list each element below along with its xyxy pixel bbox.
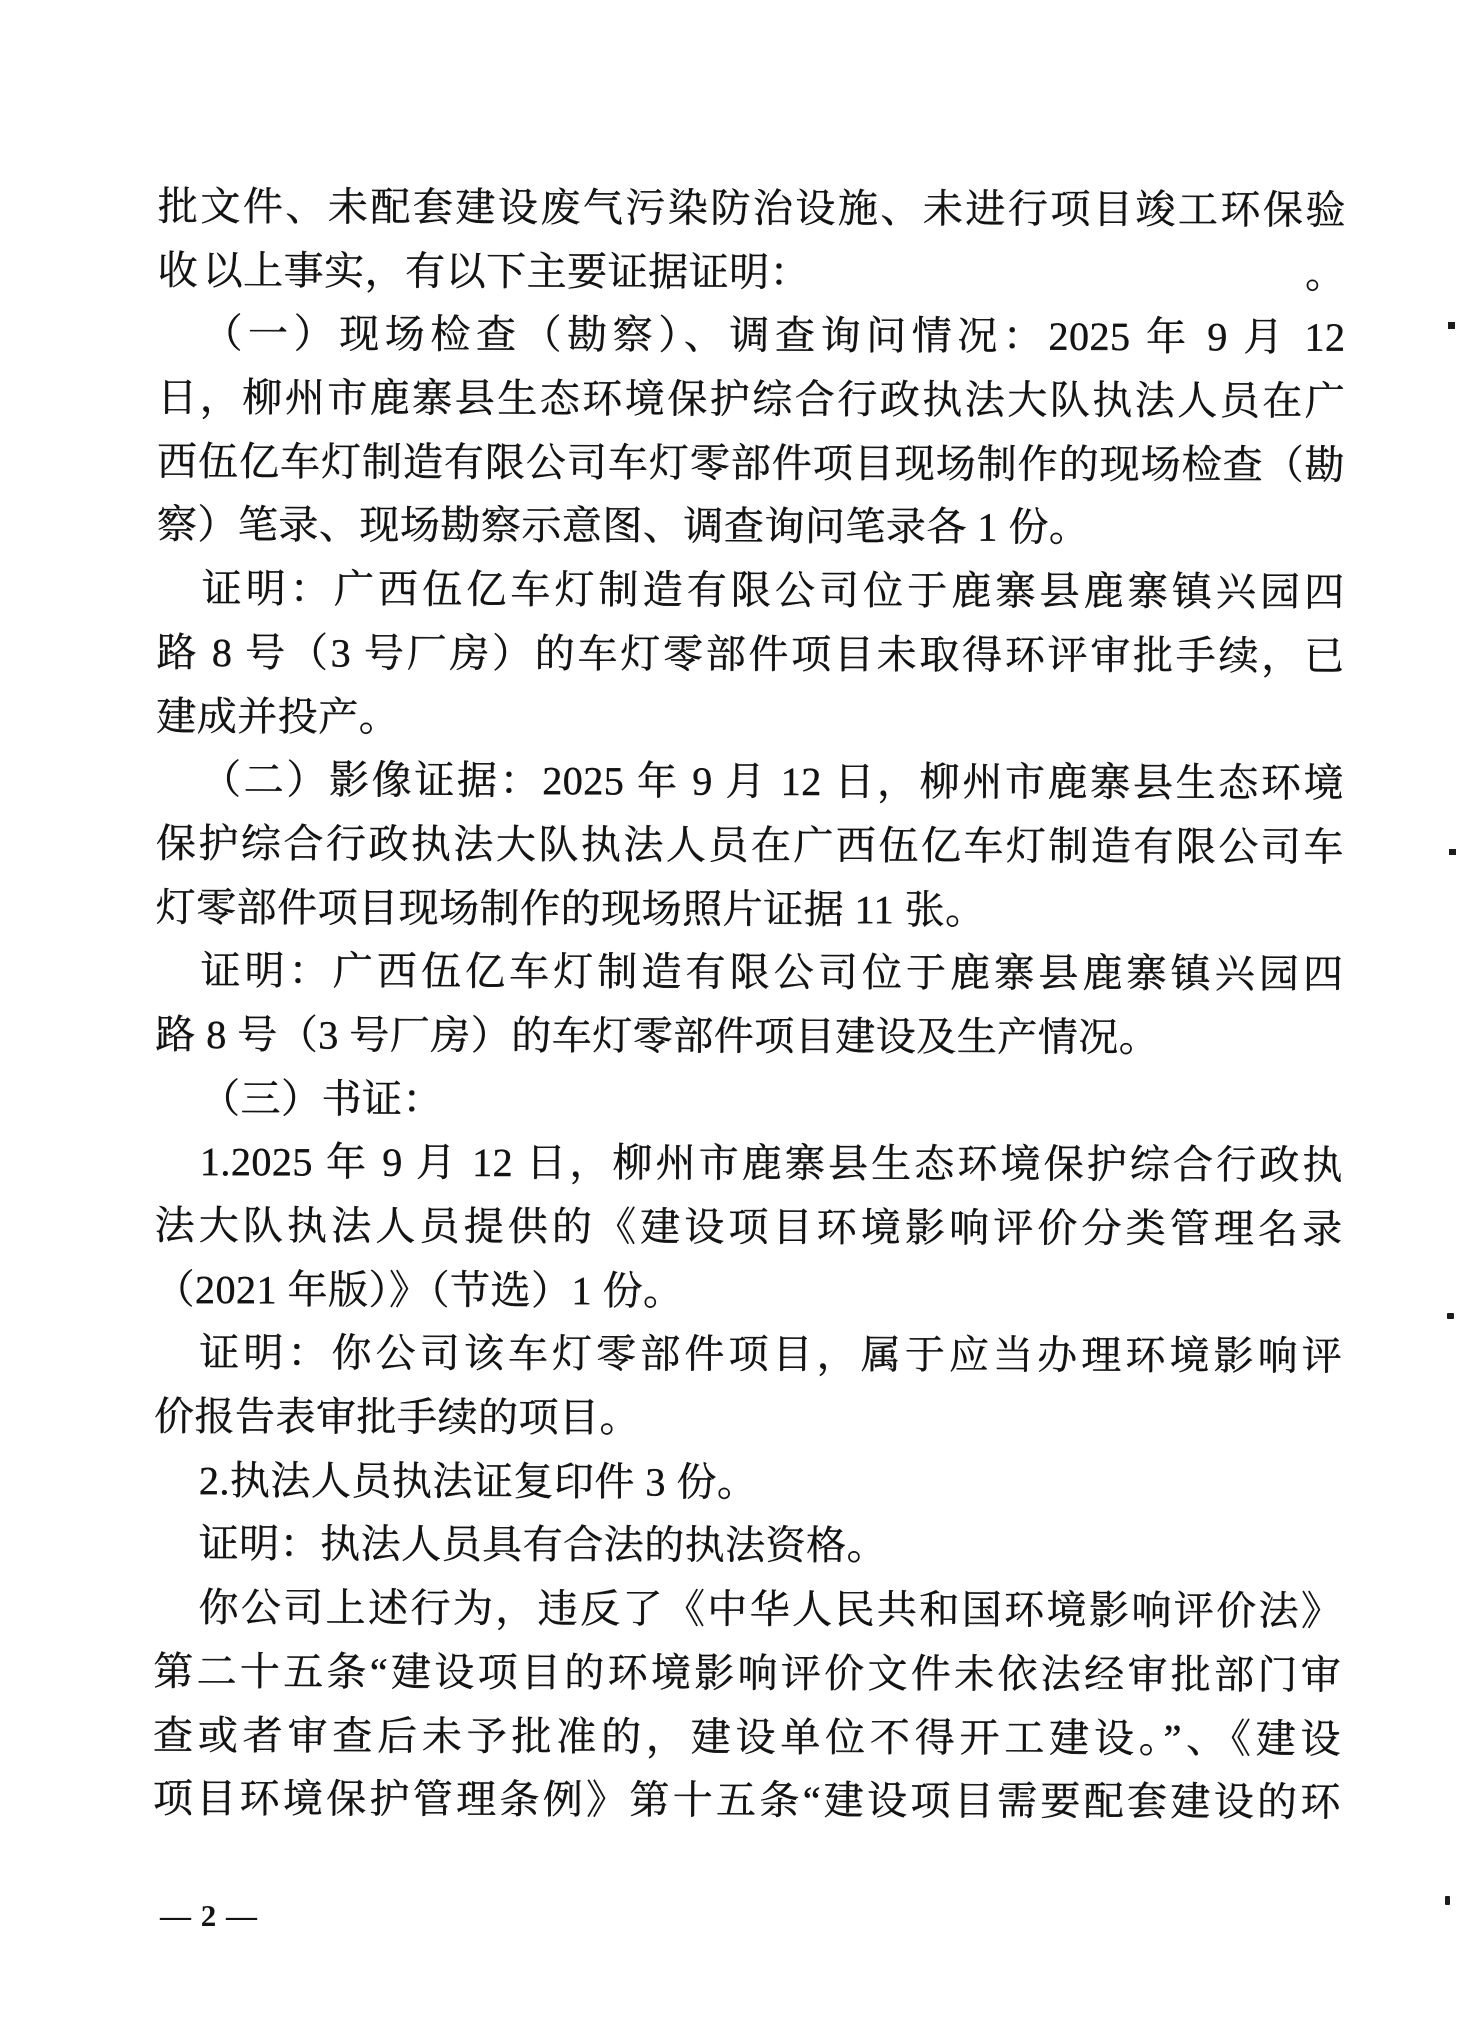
text-line: （2021 年版）》（节选）1 份。 bbox=[154, 1258, 1342, 1325]
text-line: 1.2025 年 9 月 12 日，柳州市鹿寨县生态环境保护综合行政执 bbox=[155, 1130, 1343, 1197]
text-line: 保护综合行政执法大队执法人员在广西伍亿车灯制造有限公司车 bbox=[156, 812, 1344, 879]
text-line: 法大队执法人员提供的《建设项目环境影响评价分类管理名录 bbox=[155, 1194, 1343, 1261]
text-line: 察）笔录、现场勘察示意图、调查询问笔录各 1 份。 bbox=[157, 493, 1345, 560]
text-line: 价报告表审批手续的项目。 bbox=[154, 1385, 1342, 1452]
text-line: 证明：执法人员具有合法的执法资格。 bbox=[154, 1512, 1342, 1579]
text-line: 证明：你公司该车灯零部件项目，属于应当办理环境影响评 bbox=[154, 1321, 1342, 1388]
text-line: （二）影像证据：2025 年 9 月 12 日，柳州市鹿寨县生态环境 bbox=[156, 748, 1344, 815]
text-line: 路 8 号（3 号厂房）的车灯零部件项目建设及生产情况。 bbox=[155, 1003, 1343, 1070]
text-line: 证明：广西伍亿车灯制造有限公司位于鹿寨县鹿寨镇兴园四 bbox=[155, 939, 1343, 1006]
scan-speck bbox=[1445, 1896, 1450, 1905]
text-line: （一）现场检查（勘察）、调查询问情况：2025 年 9 月 12 bbox=[157, 302, 1345, 369]
document-text-block: 批文件、未配套建设废气污染防治设施、未进行项目竣工环保验收。以上事实，有以下主要… bbox=[153, 175, 1346, 1835]
text-line: 你公司上述行为，违反了《中华人民共和国环境影响评价法》 bbox=[153, 1576, 1341, 1643]
text-line: 建成并投产。 bbox=[156, 684, 1344, 751]
text-line: 西伍亿车灯制造有限公司车灯零部件项目现场制作的现场检查（勘 bbox=[157, 430, 1345, 497]
scanned-document-page: 批文件、未配套建设废气污染防治设施、未进行项目竣工环保验收。以上事实，有以下主要… bbox=[0, 0, 1480, 2042]
page-number: — 2 — bbox=[160, 1896, 258, 1936]
text-line: 查或者审查后未予批准的，建设单位不得开工建设。”、《建设 bbox=[153, 1703, 1341, 1770]
text-line: 日，柳州市鹿寨县生态环境保护综合行政执法大队执法人员在广 bbox=[157, 366, 1345, 433]
text-line: 项目环境保护管理条例》第十五条“建设项目需要配套建设的环 bbox=[153, 1767, 1341, 1834]
scan-speck bbox=[1447, 1313, 1454, 1319]
text-line: （三）书证： bbox=[155, 1067, 1343, 1134]
text-line: 第二十五条“建设项目的环境影响评价文件未依法经审批部门审 bbox=[153, 1640, 1341, 1707]
text-line: 批文件、未配套建设废气污染防治设施、未进行项目竣工环保验收。 bbox=[158, 175, 1346, 242]
scan-speck bbox=[1448, 322, 1455, 329]
text-line: 证明：广西伍亿车灯制造有限公司位于鹿寨县鹿寨镇兴园四 bbox=[157, 557, 1345, 624]
scan-speck bbox=[1449, 849, 1456, 855]
text-line: 2.执法人员执法证复印件 3 份。 bbox=[154, 1449, 1342, 1516]
text-line: 灯零部件项目现场制作的现场照片证据 11 张。 bbox=[156, 876, 1344, 943]
text-line: 路 8 号（3 号厂房）的车灯零部件项目未取得环评审批手续，已 bbox=[156, 621, 1344, 688]
